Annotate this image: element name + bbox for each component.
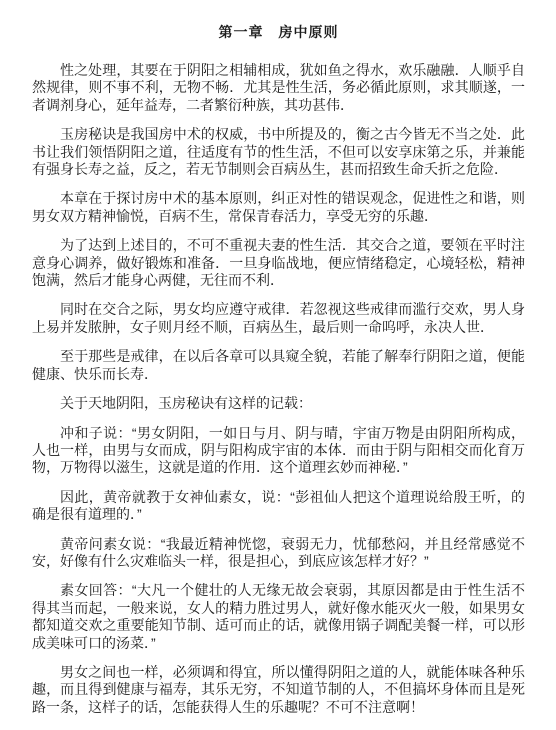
paragraph-4: 为了达到上述目的，不可不重视夫妻的性生活．其交合之道，要领在平时注意身心调养，做…: [32, 237, 525, 289]
document-page: 第一章 房中原则 性之处理，其要在于阴阳之相辅相成，犹如鱼之得水，欢乐融融．人顺…: [0, 0, 556, 730]
chapter-title: 第一章 房中原则: [32, 22, 525, 42]
paragraph-7: 关于天地阴阳，玉房秘诀有这样的记载：: [32, 395, 525, 412]
paragraph-5: 同时在交合之际，男女均应遵守戒律．若忽视这些戒律而滥行交欢，男人身上易并发脓肿，…: [32, 301, 525, 336]
paragraph-6: 至于那些是戒律，在以后各章可以具窥全貌，若能了解奉行阴阳之道，便能健康、快乐而长…: [32, 348, 525, 383]
paragraph-3: 本章在于探讨房中术的基本原则，纠正对性的错误观念，促进性之和谐，则男女双方精神愉…: [32, 190, 525, 225]
paragraph-10: 黄帝问素女说：“我最近精神恍惚，衰弱无力，忧郁愁闷，并且经常感觉不安，好像有什么…: [32, 536, 525, 571]
paragraph-1: 性之处理，其要在于阴阳之相辅相成，犹如鱼之得水，欢乐融融．人顺乎自然规律，则不事…: [32, 62, 525, 114]
paragraph-12: 男女之间也一样，必须调和得宜，所以懂得阴阳之道的人，就能体味各种乐趣，而且得到健…: [32, 664, 525, 716]
paragraph-8: 冲和子说：“男女阴阳，一如日与月、阴与晴，宇宙万物是由阴阳所构成，人也一样，由男…: [32, 425, 525, 477]
paragraph-9: 因此，黄帝就教于女神仙素女，说：“彭祖仙人把这个道理说给殷王听，的确是很有道理的…: [32, 489, 525, 524]
paragraph-11: 素女回答：“大凡一个健壮的人无缘无故会衰弱，其原因都是由于性生活不得其当而起，一…: [32, 582, 525, 652]
paragraph-2: 玉房秘诀是我国房中术的权威，书中所提及的，衡之古今皆无不当之处．此书让我们领悟阴…: [32, 126, 525, 178]
